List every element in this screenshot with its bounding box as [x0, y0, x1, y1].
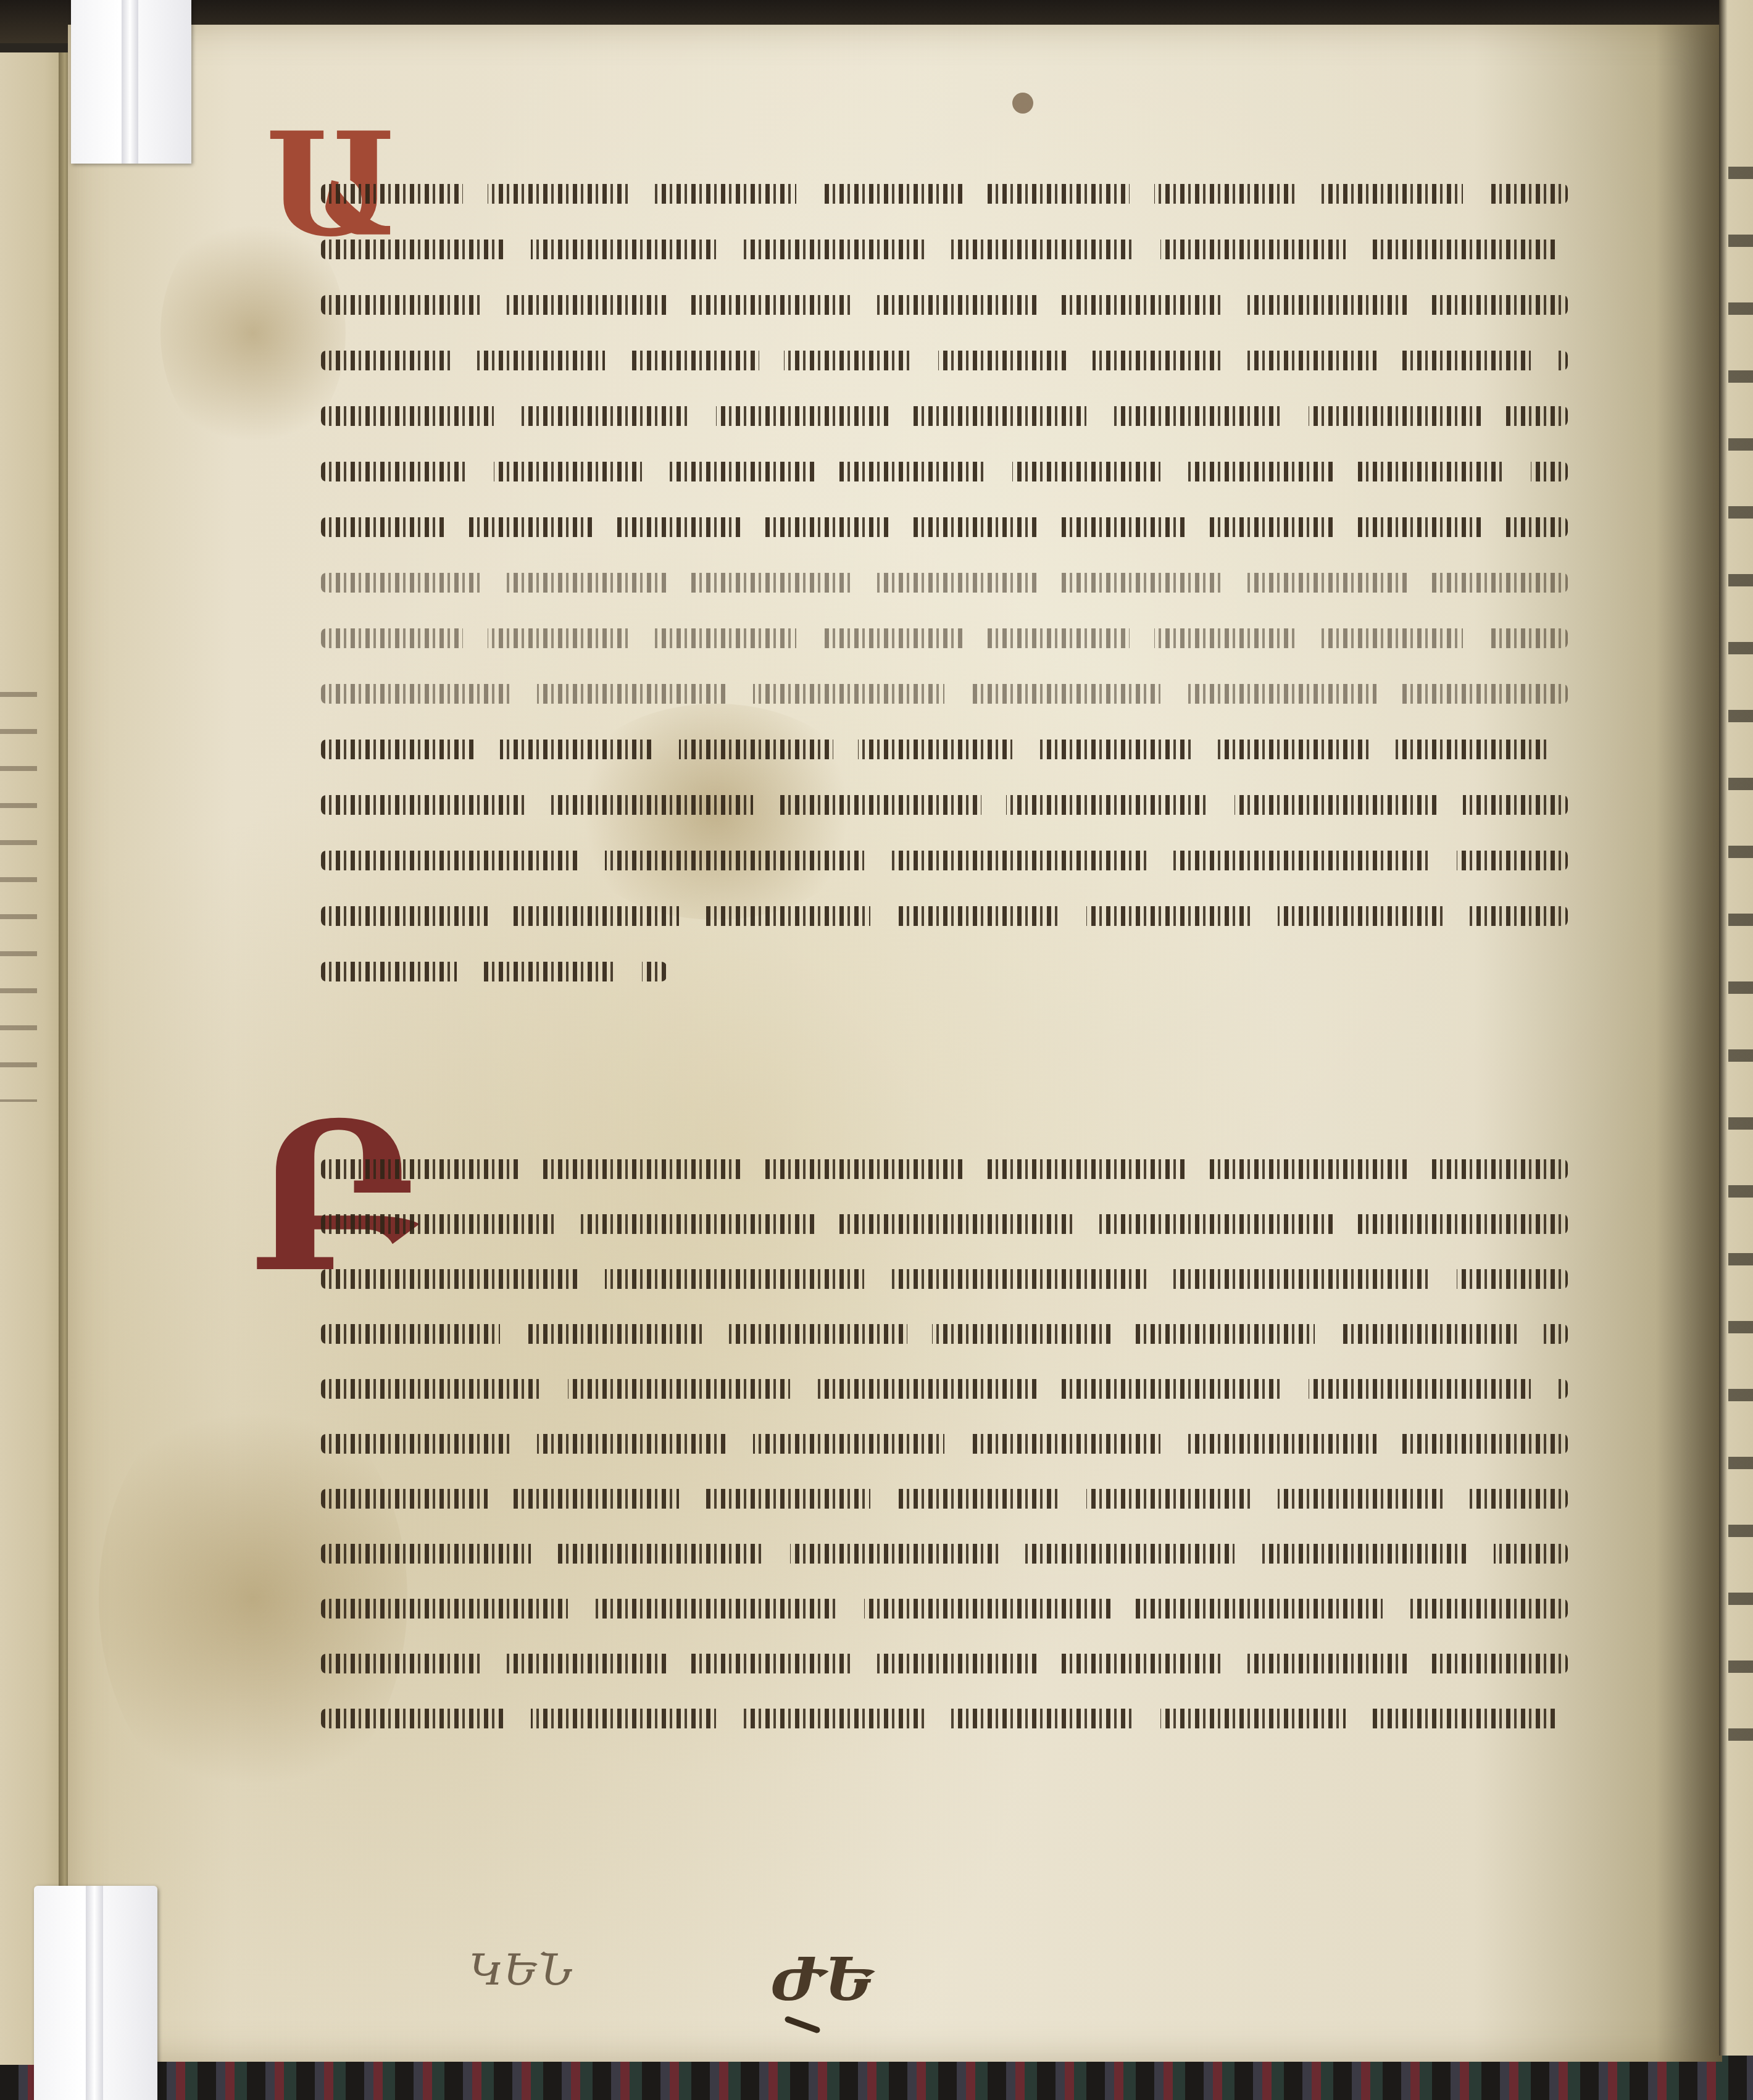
page-clip-bottom [34, 1886, 157, 2100]
text-line: line 7 [321, 506, 1568, 548]
page-clip-top [71, 0, 191, 164]
text-line: line 5 [321, 395, 1568, 437]
text-line: line 6 [321, 451, 1568, 493]
text-line: line 2 [321, 1203, 1568, 1244]
text-line: line 5 [321, 1368, 1568, 1409]
previous-leaf-text [0, 670, 37, 1102]
paragraph-2: line 1 line 2 line 3 line 4 line 5 line … [321, 1148, 1568, 1752]
text-line: line 9 [321, 1588, 1568, 1628]
marginal-note: ԿԵՆ [469, 1944, 573, 1995]
text-line: line 2 [321, 228, 1568, 270]
text-line: line 12 [321, 784, 1568, 826]
text-line: line 4 [321, 340, 1568, 381]
text-line: line 14 [321, 895, 1568, 937]
ink-dot [1012, 93, 1033, 114]
text-line: line 11 [321, 728, 1568, 770]
text-line: line 9 (partly faded) [321, 617, 1568, 659]
text-line: line 6 [321, 1423, 1568, 1464]
paragraph-1: ὑ line 1 line 2 line 3 line 4 line 5 lin… [321, 173, 1568, 1006]
text-line: line 15 [321, 951, 667, 993]
text-line: line 8 (partly faded) [321, 562, 1568, 604]
text-line: line 10 (partly faded) [321, 673, 1568, 715]
text-line: line 13 [321, 840, 1568, 881]
text-line: line 4 [321, 1313, 1568, 1354]
quire-signature: ԺԵ [772, 1944, 873, 2014]
text-line: line 10 [321, 1643, 1568, 1683]
text-line: ὑ line 1 [321, 173, 1568, 215]
text-line: line 11 [321, 1698, 1568, 1738]
text-line: line 1 [321, 1148, 1568, 1189]
next-leaf-text [1728, 123, 1753, 1790]
text-line: line 3 [321, 284, 1568, 326]
text-line: line 7 [321, 1478, 1568, 1519]
text-line: line 3 [321, 1258, 1568, 1299]
text-line: line 8 [321, 1533, 1568, 1573]
